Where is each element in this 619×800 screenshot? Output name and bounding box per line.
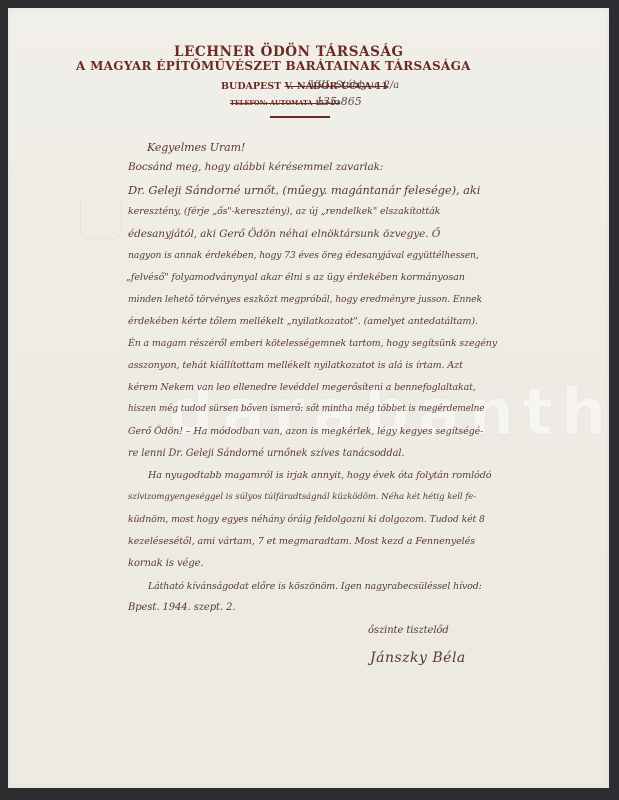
letterhead-title: LECHNER ÖDÖN TÁRSASÁG xyxy=(174,44,404,60)
letter-line: hiszen még tudod sürsen bőven ismerő: ső… xyxy=(128,404,484,414)
letter-line: Ha nyugodtabb magamról is irjak annyit, … xyxy=(148,470,491,481)
salutation: Kegyelmes Uram! xyxy=(147,141,245,154)
address-handwritten-correction: VIII. Stáhly u. 2/a xyxy=(310,80,399,91)
phone-handwritten-correction: 135-865 xyxy=(316,95,362,108)
letter-line: Gerő Ödön! – Ha módodban van, azon is me… xyxy=(128,426,483,437)
letter-line: Én a magam részéről emberi kötelességemn… xyxy=(128,338,497,349)
letter-line: küdnöm, most hogy egyes néhány óráig fel… xyxy=(128,514,485,525)
letter-line: Dr. Geleji Sándorné urnőt, (műegy. magán… xyxy=(128,183,480,197)
letter-line: Látható kívánságodat előre is köszönöm. … xyxy=(148,581,482,592)
letter-line: kornak is vége. xyxy=(128,558,204,569)
embossed-stamp-mark xyxy=(80,198,122,239)
letter-line: keresztény, (férje „ős"-keresztény), az … xyxy=(128,206,440,217)
letter-page: darabanth LECHNER ÖDÖN TÁRSASÁG A MAGYAR… xyxy=(8,8,609,788)
letter-line: Bocsánd meg, hogy alábbi kérésemmel zava… xyxy=(128,161,383,173)
signature: Jánszky Béla xyxy=(370,650,466,666)
letter-line: „felvéső" folyamodványnyal akar élni s a… xyxy=(126,272,465,283)
letter-line: szívizomgyengeséggel is súlyos túlfáradt… xyxy=(128,492,476,502)
letter-line: édesanyjától, aki Gerő Ödön néhai elnökt… xyxy=(128,228,440,240)
date-line: Bpest. 1944. szept. 2. xyxy=(128,602,235,613)
closing: őszinte tisztelőd xyxy=(368,625,449,636)
letter-line: asszonyon, tehát kiállítottam mellékelt … xyxy=(128,360,463,371)
letter-line: kezelésesétől, ami vártam, 7 et megmarad… xyxy=(128,536,475,547)
letter-line: kérem Nekem van leo ellenedre levéddel m… xyxy=(128,382,476,393)
letterhead-divider xyxy=(270,116,330,118)
address-city: BUDAPEST xyxy=(221,81,281,92)
letterhead-subtitle: A MAGYAR ÉPÍTŐMŰVÉSZET BARÁTAINAK TÁRSAS… xyxy=(76,59,471,73)
letter-line: nagyon is annak érdekében, hogy 73 éves … xyxy=(128,250,479,261)
letter-line: érdekében kérte tőlem mellékelt „nyilatk… xyxy=(128,316,478,327)
letter-line: minden lehető törvényes eszközt megpróbá… xyxy=(128,294,482,305)
letter-line: re lenni Dr. Geleji Sándorné urnőnek szí… xyxy=(128,448,404,459)
